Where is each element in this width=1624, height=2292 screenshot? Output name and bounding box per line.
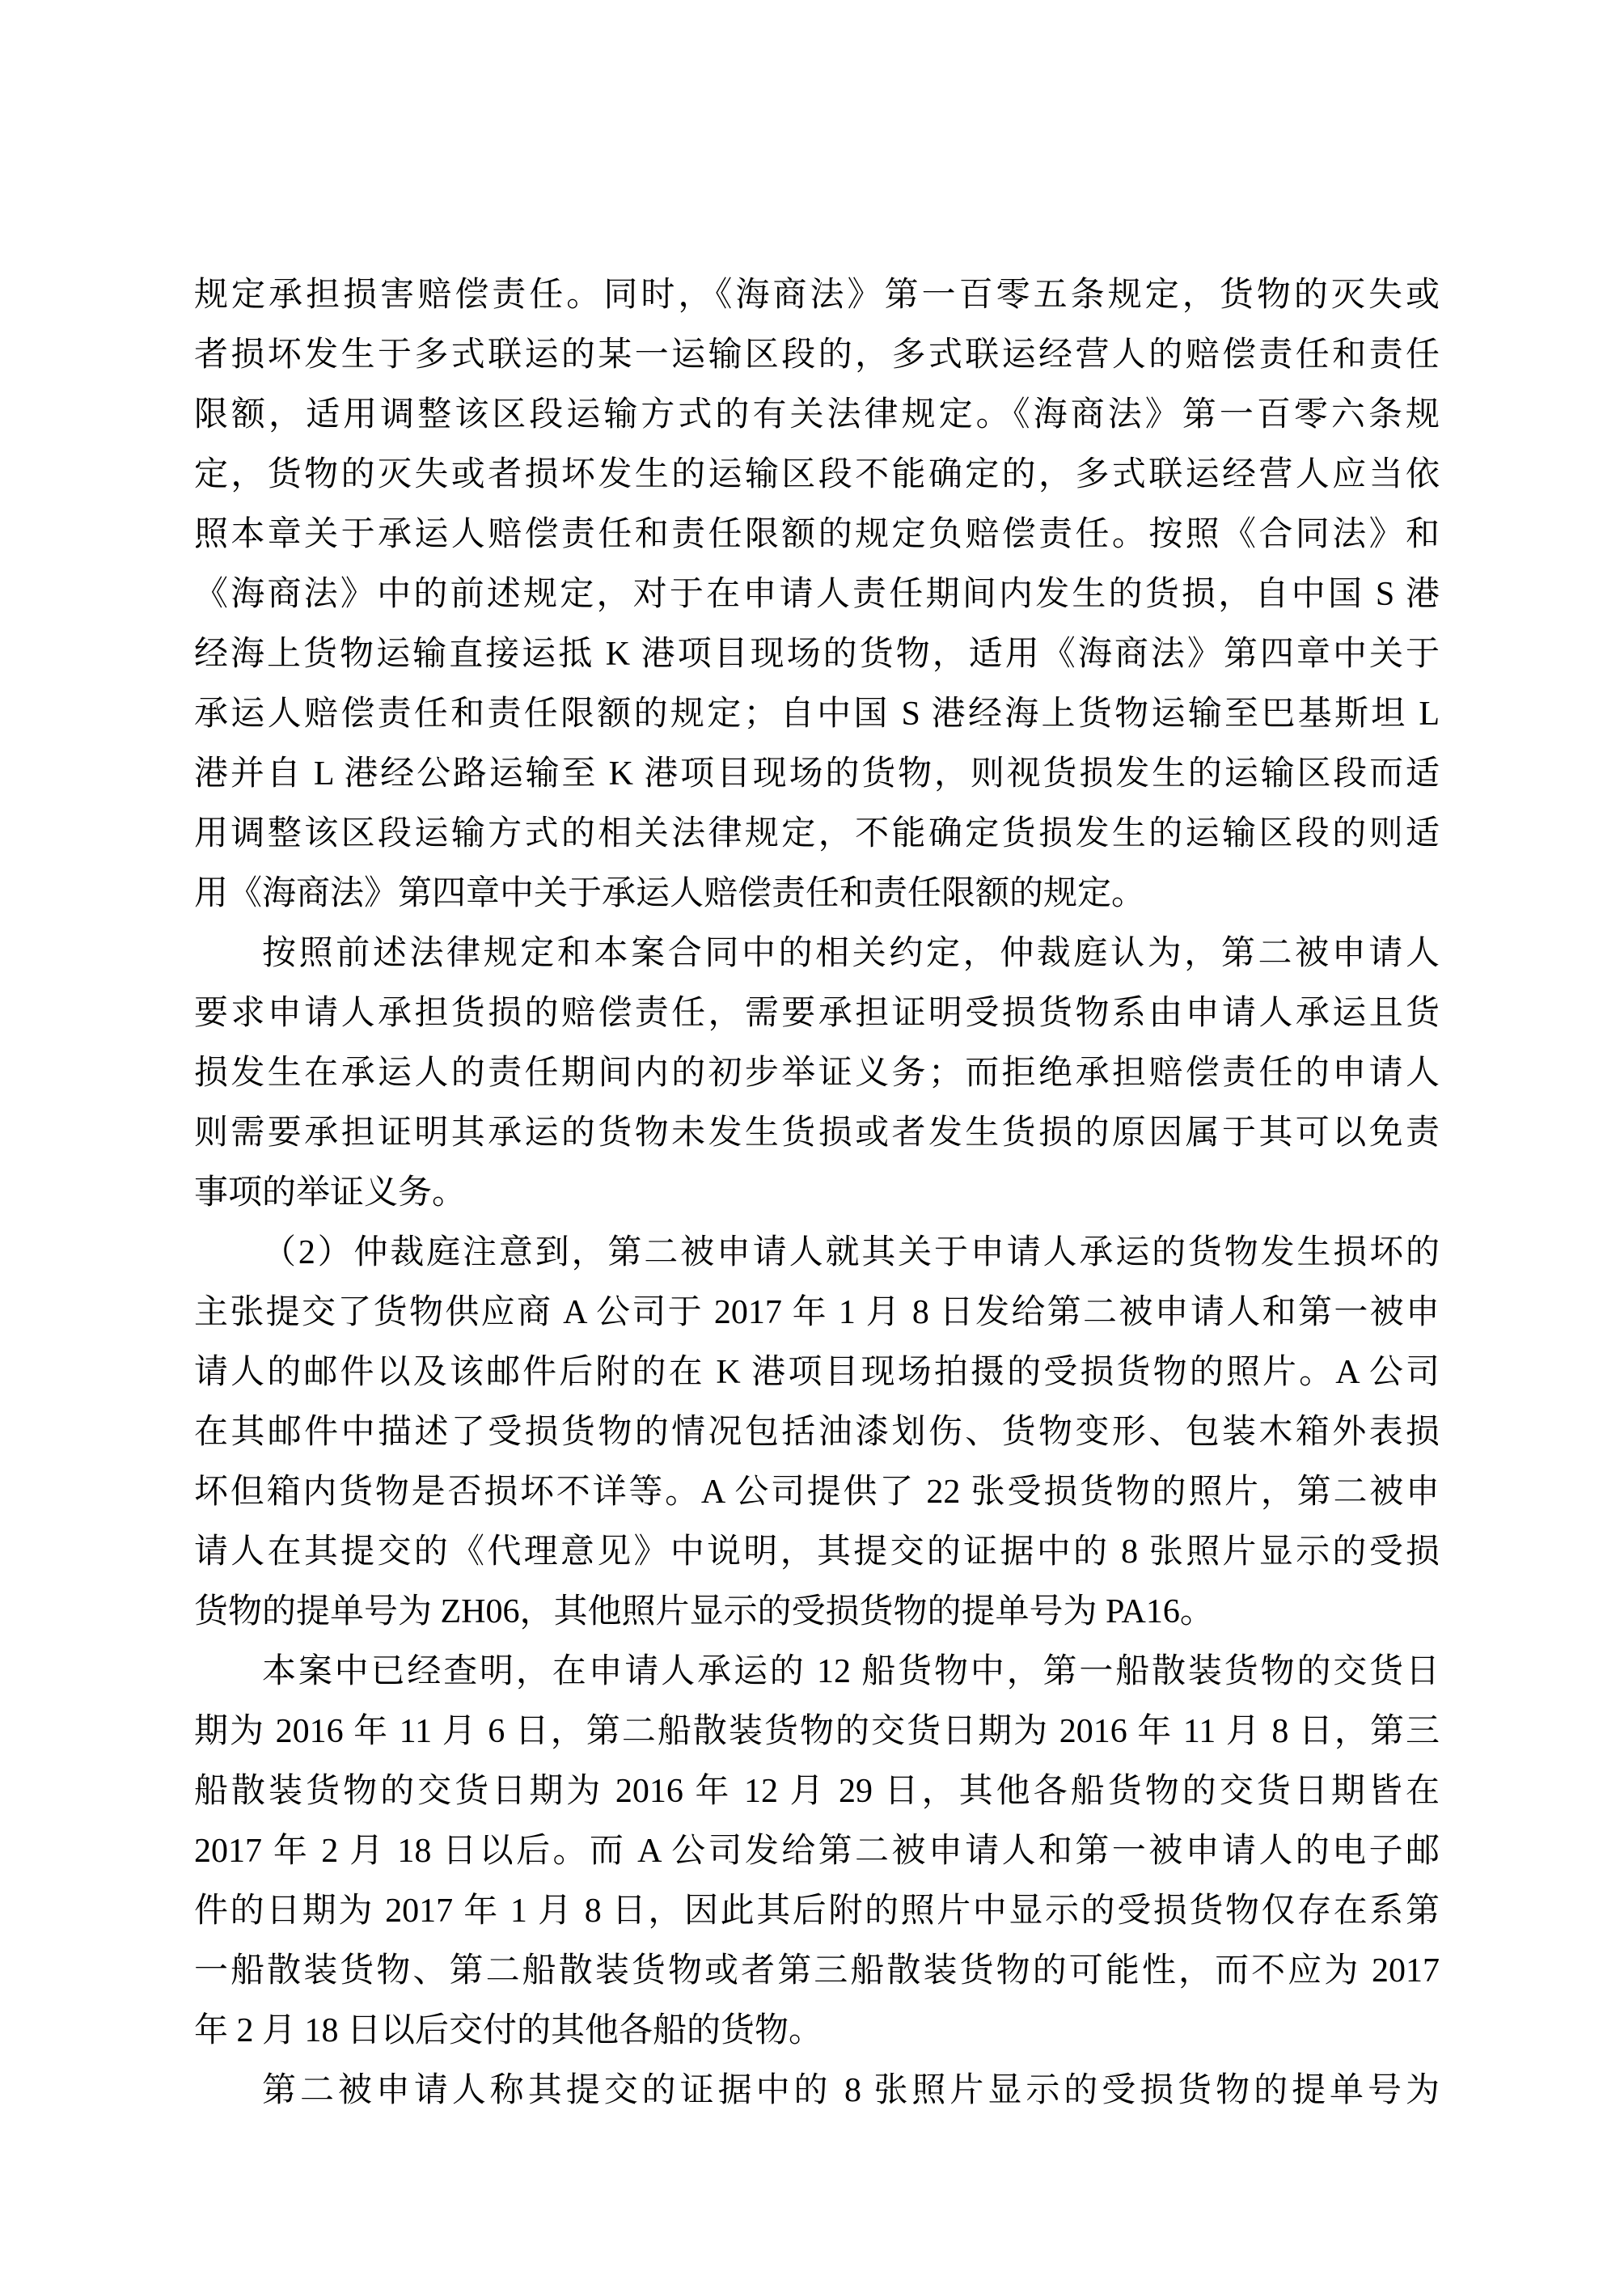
text-line: 期为 2016 年 11 月 6 日，第二船散装货物的交货日期为 2016 年 … [194, 1702, 1440, 1761]
text-line: 货物的提单号为 ZH06，其他照片显示的受损货物的提单号为 PA16。 [194, 1582, 1440, 1642]
text-line: 一船散装货物、第二船散装货物或者第三船散装货物的可能性，而不应为 2017 [194, 1941, 1440, 2001]
text-line: 件的日期为 2017 年 1 月 8 日，因此其后附的照片中显示的受损货物仅存在… [194, 1881, 1440, 1941]
text-line: 事项的举证义务。 [194, 1163, 1440, 1223]
text-line: 港并自 L 港经公路运输至 K 港项目现场的货物，则视货损发生的运输区段而适 [194, 744, 1440, 804]
text-line: 定，货物的灭失或者损坏发生的运输区段不能确定的，多式联运经营人应当依 [194, 445, 1440, 505]
text-line: 按照前述法律规定和本案合同中的相关约定，仲裁庭认为，第二被申请人 [194, 924, 1440, 983]
document-page: 规定承担损害赔偿责任。同时，《海商法》第一百零五条规定，货物的灭失或 者损坏发生… [0, 0, 1624, 2292]
text-line: 限额，适用调整该区段运输方式的有关法律规定。《海商法》第一百零六条规 [194, 385, 1440, 445]
text-line: 用调整该区段运输方式的相关法律规定，不能确定货损发生的运输区段的则适 [194, 804, 1440, 864]
text-line: 损发生在承运人的责任期间内的初步举证义务；而拒绝承担赔偿责任的申请人 [194, 1043, 1440, 1103]
text-line: 用《海商法》第四章中关于承运人赔偿责任和责任限额的规定。 [194, 864, 1440, 924]
text-line: （2）仲裁庭注意到，第二被申请人就其关于申请人承运的货物发生损坏的 [194, 1223, 1440, 1283]
text-line: 《海商法》中的前述规定，对于在申请人责任期间内发生的货损，自中国 S 港 [194, 565, 1440, 624]
text-line: 主张提交了货物供应商 A 公司于 2017 年 1 月 8 日发给第二被申请人和… [194, 1283, 1440, 1343]
text-line: 第二被申请人称其提交的证据中的 8 张照片显示的受损货物的提单号为 [194, 2061, 1440, 2121]
text-line: 经海上货物运输直接运抵 K 港项目现场的货物，适用《海商法》第四章中关于 [194, 624, 1440, 684]
text-line: 船散装货物的交货日期为 2016 年 12 月 29 日，其他各船货物的交货日期… [194, 1761, 1440, 1821]
text-line: 规定承担损害赔偿责任。同时，《海商法》第一百零五条规定，货物的灭失或 [194, 265, 1440, 325]
text-line: 者损坏发生于多式联运的某一运输区段的，多式联运经营人的赔偿责任和责任 [194, 325, 1440, 385]
text-line: 2017 年 2 月 18 日以后。而 A 公司发给第二被申请人和第一被申请人的… [194, 1821, 1440, 1881]
text-line: 承运人赔偿责任和责任限额的规定；自中国 S 港经海上货物运输至巴基斯坦 L [194, 684, 1440, 744]
text-line: 坏但箱内货物是否损坏不详等。A 公司提供了 22 张受损货物的照片，第二被申 [194, 1462, 1440, 1522]
text-line: 年 2 月 18 日以后交付的其他各船的货物。 [194, 2001, 1440, 2061]
text-line: 则需要承担证明其承运的货物未发生货损或者发生货损的原因属于其可以免责 [194, 1103, 1440, 1163]
text-line: 请人的邮件以及该邮件后附的在 K 港项目现场拍摄的受损货物的照片。A 公司 [194, 1343, 1440, 1402]
text-line: 要求申请人承担货损的赔偿责任，需要承担证明受损货物系由申请人承运且货 [194, 983, 1440, 1043]
text-block: 规定承担损害赔偿责任。同时，《海商法》第一百零五条规定，货物的灭失或 者损坏发生… [194, 265, 1440, 2121]
text-line: 本案中已经查明，在申请人承运的 12 船货物中，第一船散装货物的交货日 [194, 1642, 1440, 1702]
text-line: 请人在其提交的《代理意见》中说明，其提交的证据中的 8 张照片显示的受损 [194, 1522, 1440, 1582]
text-line: 照本章关于承运人赔偿责任和责任限额的规定负赔偿责任。按照《合同法》和 [194, 505, 1440, 565]
text-line: 在其邮件中描述了受损货物的情况包括油漆划伤、货物变形、包装木箱外表损 [194, 1402, 1440, 1462]
